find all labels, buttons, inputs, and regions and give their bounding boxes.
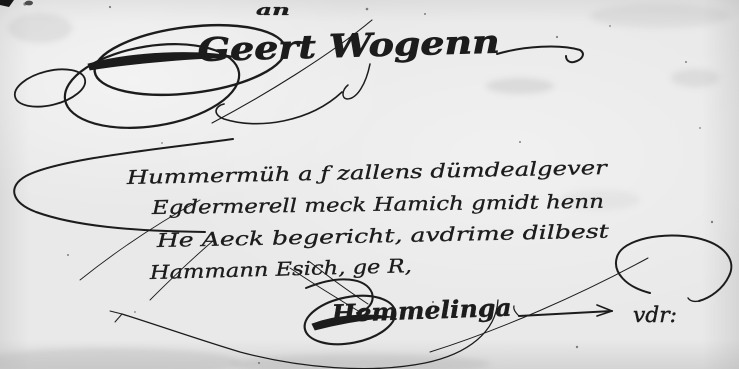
- body-line-3: He Aeck begericht, avdrime dilbest: [155, 221, 609, 252]
- heading-tail-stroke: [497, 47, 583, 63]
- oval-flourish: [616, 235, 731, 301]
- under-heading-curl: [216, 92, 342, 124]
- body-line-4: Hammann Esich, ge R,: [148, 255, 412, 284]
- dash-stroke: [514, 305, 612, 316]
- annotation-text: vdr:: [633, 303, 677, 327]
- signature-text: Hemmelinga: [330, 293, 512, 328]
- manuscript-scan: an Geert Wogenn Hummermüh a ƒ zallens dü…: [0, 0, 739, 369]
- heading-text: Geert Wogenn: [197, 23, 500, 69]
- body-line-2: Egdermerell meck Hamich gmidt henn: [151, 191, 604, 219]
- tail-tick: [110, 311, 122, 322]
- superscript-note: an: [256, 1, 290, 19]
- corner-ink-blot: [0, 0, 14, 7]
- ink-blot: [25, 1, 33, 6]
- manuscript-page: an Geert Wogenn Hummermüh a ƒ zallens dü…: [0, 0, 739, 369]
- body-line-1: Hummermüh a ƒ zallens dümdealgever: [125, 157, 609, 189]
- descender-curl: [343, 64, 370, 99]
